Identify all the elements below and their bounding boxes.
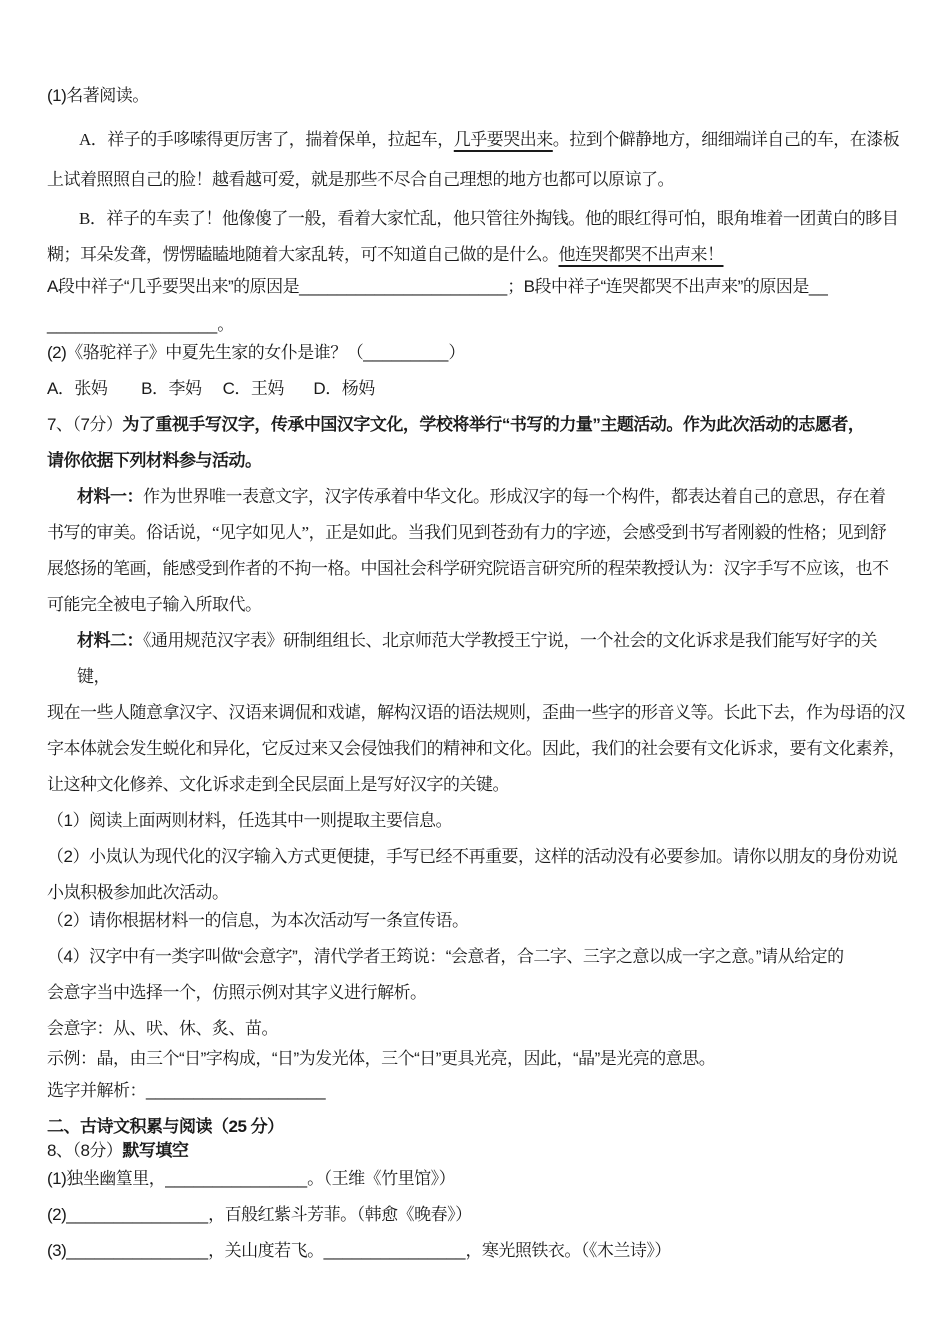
text-segment: A段中祥子“几乎要哭出来”的原因是 bbox=[47, 277, 299, 296]
q7-sub4-line-2: 会意字当中选择一个，仿照示例对其字义进行解析。 bbox=[47, 975, 908, 1011]
q-maid-question: (2)《骆驼祥子》中夏先生家的女仆是谁？（_________） bbox=[47, 335, 908, 371]
answer-blank: __________________ bbox=[47, 315, 217, 334]
text-segment: 为了重视手写汉字，传承中国汉字文化，学校将举行“书写的力量”主题活动。作为此次活… bbox=[122, 415, 864, 434]
material-2-line-4: 让这种文化修养、文化诉求走到全民层面上是写好汉字的关键。 bbox=[47, 767, 908, 803]
answer-blank: ___________________ bbox=[146, 1081, 326, 1100]
material-2-line-1: 材料二：《通用规范汉字表》研制组组长、北京师范大学教授王宁说，一个社会的文化诉求… bbox=[47, 623, 908, 695]
answer-blank: _______________ bbox=[324, 1241, 466, 1260]
text-segment: 小岚积极参加此次活动。 bbox=[47, 883, 229, 902]
text-segment: ） bbox=[448, 343, 465, 362]
answer-blank: _______________ bbox=[66, 1241, 208, 1260]
q7-sub4-line-1: （4）汉字中有一类字叫做“会意字”，清代学者王筠说：“会意者，合二字、三字之意以… bbox=[47, 939, 908, 975]
text-segment: 材料一： bbox=[77, 487, 143, 506]
underlined-phrase: 他连哭都哭不出声来！ bbox=[559, 245, 724, 264]
q7-stem-line-2: 请你依据下列材料参与活动。 bbox=[47, 443, 908, 479]
text-segment: 展悠扬的笔画，能感受到作者的不拘一格。中国社会科学研究院语言研究所的程荣教授认为… bbox=[47, 559, 889, 578]
material-2-line-2: 现在一些人随意拿汉字、汉语来调侃和戏谑，解构汉语的语法规则，歪曲一些字的形音义等… bbox=[47, 695, 908, 731]
text-segment: 书写的审美。俗话说，“见字如见人”，正是如此。当我们见到苍劲有力的字迹，会感受到… bbox=[47, 523, 886, 542]
text-segment: 7、（7分） bbox=[47, 415, 122, 434]
text-segment: (2) bbox=[47, 1205, 66, 1224]
answer-blank: __ bbox=[809, 277, 828, 296]
text-segment: A．张妈 B．李妈 C．王妈 D．杨妈 bbox=[47, 379, 375, 398]
text-segment: 。（王维《竹里馆》） bbox=[307, 1169, 455, 1188]
text-segment: ，百般红紫斗芳菲。（韩愈《晚春》） bbox=[208, 1205, 472, 1224]
text-segment: 会意字当中选择一个，仿照示例对其字义进行解析。 bbox=[47, 983, 427, 1002]
text-segment: (3) bbox=[47, 1241, 66, 1260]
text-segment: （1）阅读上面两则材料，任选其中一则提取主要信息。 bbox=[47, 811, 452, 830]
text-segment: 8、（8分） bbox=[47, 1141, 122, 1160]
answer-blank: ______________________ bbox=[299, 277, 507, 296]
material-1-line-3: 展悠扬的笔画，能感受到作者的不拘一格。中国社会科学研究院语言研究所的程荣教授认为… bbox=[47, 551, 908, 587]
text-segment: 糊；耳朵发聋，愣愣瞌瞌地随着大家乱转，可不知道自己做的是什么。 bbox=[47, 245, 559, 264]
text-segment: 作为世界唯一表意文字，汉字传承着中华文化。形成汉字的每一个构件，都表达着自己的意… bbox=[143, 487, 886, 506]
material-1-line-1: 材料一：作为世界唯一表意文字，汉字传承着中华文化。形成汉字的每一个构件，都表达着… bbox=[47, 479, 908, 515]
q8-item-1: (1)独坐幽篁里，_______________。（王维《竹里馆》） bbox=[47, 1161, 908, 1197]
text-segment: 会意字：从、吠、休、炙、苗。 bbox=[47, 1019, 278, 1038]
text-segment: 现在一些人随意拿汉字、汉语来调侃和戏谑，解构汉语的语法规则，歪曲一些字的形音义等… bbox=[47, 703, 905, 722]
text-segment: 选字并解析： bbox=[47, 1081, 146, 1100]
q7-sub3: （2）请你根据材料一的信息，为本次活动写一条宣传语。 bbox=[47, 903, 908, 939]
material-1-line-4: 可能完全被电子输入所取代。 bbox=[47, 587, 908, 623]
text-segment: 。 bbox=[217, 315, 234, 334]
text-segment: （4）汉字中有一类字叫做“会意字”，清代学者王筠说：“会意者，合二字、三字之意以… bbox=[47, 947, 844, 966]
material-2-line-3: 字本体就会发生蜕化和异化，它反过来又会侵蚀我们的精神和文化。因此，我们的社会要有… bbox=[47, 731, 908, 767]
text-segment: (2)《骆驼祥子》中夏先生家的女仆是谁？（ bbox=[47, 343, 363, 362]
q-reason-line-1: A段中祥子“几乎要哭出来”的原因是______________________；… bbox=[47, 269, 908, 305]
underlined-phrase: 几乎要哭出来 bbox=[454, 130, 553, 149]
text-segment: 让这种文化修养、文化诉求走到全民层面上是写好汉字的关键。 bbox=[47, 775, 509, 794]
text-segment: 示例：晶，由三个“日”字构成，“日”为发光体，三个“日”更具光亮，因此，“晶”是… bbox=[47, 1049, 715, 1068]
q-part1-heading: (1)名著阅读。 bbox=[47, 78, 908, 114]
text-segment: (1)独坐幽篁里， bbox=[47, 1169, 165, 1188]
answer-blank: _______________ bbox=[165, 1169, 307, 1188]
answer-blank: _________ bbox=[363, 343, 448, 362]
text-segment: 请你依据下列材料参与活动。 bbox=[47, 451, 262, 470]
text-segment: B．祥子的车卖了！他像傻了一般，看着大家忙乱，他只管往外掏钱。他的眼红得可怕，眼… bbox=[79, 209, 898, 228]
q7-sub1: （1）阅读上面两则材料，任选其中一则提取主要信息。 bbox=[47, 803, 908, 839]
text-segment: （2）小岚认为现代化的汉字输入方式更便捷，手写已经不再重要，这样的活动没有必要参… bbox=[47, 847, 897, 866]
q7-stem-line-1: 7、（7分）为了重视手写汉字，传承中国汉字文化，学校将举行“书写的力量”主题活动… bbox=[47, 407, 908, 443]
text-segment: (1)名著阅读。 bbox=[47, 86, 149, 105]
text-segment: 可能完全被电子输入所取代。 bbox=[47, 595, 262, 614]
q-maid-options: A．张妈 B．李妈 C．王妈 D．杨妈 bbox=[47, 371, 908, 407]
document-body: (1)名著阅读。A．祥子的手哆嗦得更厉害了，揣着保单，拉起车，几乎要哭出来。拉到… bbox=[47, 78, 908, 1269]
q8-item-2: (2)_______________，百般红紫斗芳菲。（韩愈《晚春》） bbox=[47, 1197, 908, 1233]
text-segment: 材料二： bbox=[77, 631, 143, 650]
text-segment: ，关山度若飞。 bbox=[208, 1241, 324, 1260]
material-1-line-2: 书写的审美。俗话说，“见字如见人”，正是如此。当我们见到苍劲有力的字迹，会感受到… bbox=[47, 515, 908, 551]
text-segment: ；B段中祥子“连哭都哭不出声来”的原因是 bbox=[507, 277, 809, 296]
answer-blank: _______________ bbox=[66, 1205, 208, 1224]
text-segment: 默写填空 bbox=[122, 1141, 188, 1160]
example-line: 示例：晶，由三个“日”字构成，“日”为发光体，三个“日”更具光亮，因此，“晶”是… bbox=[47, 1041, 908, 1077]
text-segment: ，寒光照铁衣。（《木兰诗》） bbox=[465, 1241, 671, 1260]
passage-a-line-1: A．祥子的手哆嗦得更厉害了，揣着保单，拉起车，几乎要哭出来。拉到个僻静地方，细细… bbox=[47, 122, 908, 158]
passage-b-line-1: B．祥子的车卖了！他像傻了一般，看着大家忙乱，他只管往外掏钱。他的眼红得可怕，眼… bbox=[47, 201, 908, 237]
q7-sub2-line-1: （2）小岚认为现代化的汉字输入方式更便捷，手写已经不再重要，这样的活动没有必要参… bbox=[47, 839, 908, 875]
text-segment: 。拉到个僻静地方，细细端详自己的车，在漆板 bbox=[553, 130, 900, 149]
text-segment: A．祥子的手哆嗦得更厉害了，揣着保单，拉起车， bbox=[79, 130, 454, 149]
answer-prompt: 选字并解析：___________________ bbox=[47, 1073, 908, 1109]
exam-paper-page: (1)名著阅读。A．祥子的手哆嗦得更厉害了，揣着保单，拉起车，几乎要哭出来。拉到… bbox=[0, 0, 950, 1344]
q8-item-3: (3)_______________，关山度若飞。_______________… bbox=[47, 1233, 908, 1269]
text-segment: 上试着照照自己的脸！越看越可爱，就是那些不尽合自己理想的地方也都可以原谅了。 bbox=[47, 170, 674, 189]
passage-a-line-2: 上试着照照自己的脸！越看越可爱，就是那些不尽合自己理想的地方也都可以原谅了。 bbox=[47, 162, 908, 198]
text-segment: 字本体就会发生蜕化和异化，它反过来又会侵蚀我们的精神和文化。因此，我们的社会要有… bbox=[47, 739, 905, 758]
text-segment: 《通用规范汉字表》研制组组长、北京师范大学教授王宁说，一个社会的文化诉求是我们能… bbox=[77, 631, 877, 686]
text-segment: （2）请你根据材料一的信息，为本次活动写一条宣传语。 bbox=[47, 911, 468, 930]
passage-b-line-2: 糊；耳朵发聋，愣愣瞌瞌地随着大家乱转，可不知道自己做的是什么。他连哭都哭不出声来… bbox=[47, 237, 908, 273]
